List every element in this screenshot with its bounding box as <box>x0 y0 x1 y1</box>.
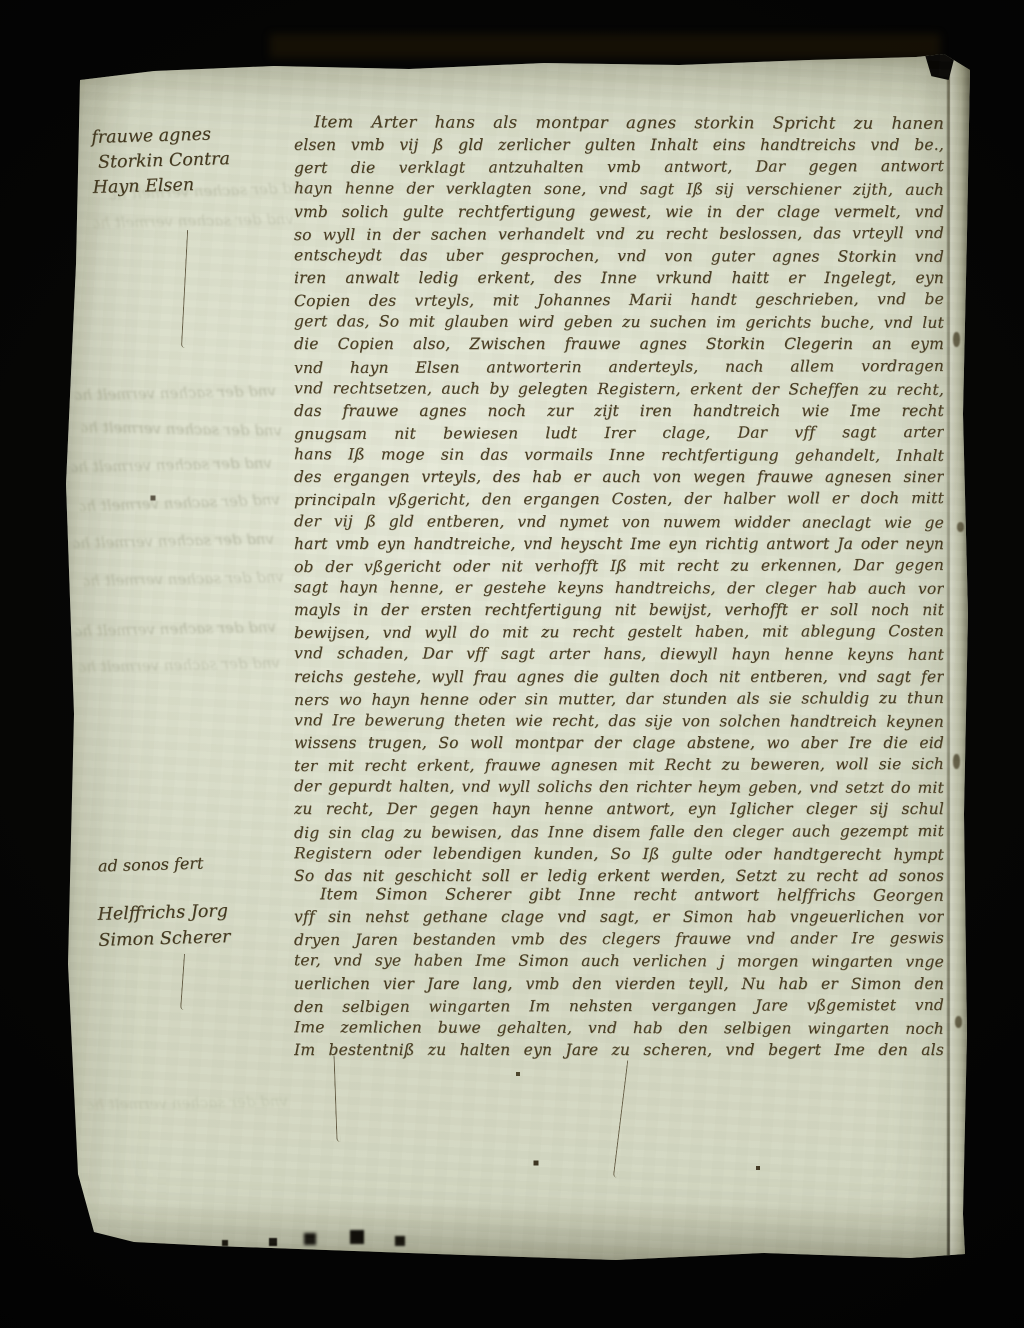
manuscript-line: ners wo hayn henne oder sin mutter, dar … <box>294 687 944 711</box>
manuscript-line: den selbigen wingarten Im nehsten vergan… <box>294 994 944 1018</box>
show-through-text: vnd der sachen vermelt haben zu recht er… <box>82 418 282 439</box>
manuscript-line: vnd Ire bewerung theten wie recht, das s… <box>294 709 944 733</box>
show-through-text: vnd der sachen vermelt haben zu recht er… <box>76 382 276 404</box>
manuscript-line: vnd schaden, Dar vff sagt arter hans, di… <box>294 643 944 667</box>
manuscript-line: uerlichen vier Jare lang, vmb den vierde… <box>294 973 944 995</box>
manuscript-line: zu recht, Der gegen hayn henne antwort, … <box>294 798 944 820</box>
fore-edge-ink-mark <box>957 522 964 532</box>
manuscript-line: hart vmb eyn handtreiche, vnd heyscht Im… <box>294 533 944 555</box>
manuscript-line: entscheydt das uber gesprochen, vnd von … <box>294 244 944 268</box>
manuscript-line: vnd rechtsetzen, auch by gelegten Regist… <box>294 377 944 401</box>
margin-note-annotation: ad sonos fert <box>98 851 204 879</box>
fore-edge-ink-mark <box>955 1016 962 1028</box>
manuscript-line: das frauwe agnes noch zur zijt iren hand… <box>294 400 944 422</box>
show-through-text: vnd der sachen vermelt haben zu recht er… <box>84 568 284 590</box>
manuscript-line: der vij ß gld entberen, vnd nymet von nu… <box>294 510 944 534</box>
manuscript-line: mayls in der ersten rechtfertigung nit b… <box>294 599 944 621</box>
margin-note-line: Simon Scherer <box>98 924 231 954</box>
margin-note-line: Helffrichs Jorg <box>97 898 230 928</box>
flourish-stroke <box>181 230 191 348</box>
manuscript-line: ob der vßgericht oder nit verhofft Iß mi… <box>294 554 944 578</box>
show-through-text: vnd der sachen vermelt haben zu recht er… <box>88 1092 288 1114</box>
manuscript-line: ter, vnd sye haben Ime Simon auch verlic… <box>294 950 944 974</box>
show-through-text: vnd der sachen vermelt haben zu recht er… <box>80 491 281 516</box>
entry-agnes-storkin-vs-hayn-elsen: Item Arter hans als montpar agnes storki… <box>294 112 944 887</box>
ink-specks <box>64 54 66 56</box>
manuscript-line: sagt hayn henne, er gestehe keyns handtr… <box>294 576 944 600</box>
entry-simon-scherer-vs-helffrichs-jorg: Item Simon Scherer gibt Inne recht antwo… <box>294 884 944 1061</box>
flourish-stroke <box>613 1060 631 1178</box>
manuscript-line: hayn henne der verklagten sone, vnd sagt… <box>294 178 944 202</box>
manuscript-line: vff sin nehst gethane clage vnd sagt, er… <box>294 906 944 928</box>
manuscript-line: gert die verklagt antzuhalten vmb antwor… <box>294 155 944 179</box>
manuscript-line: so wyll in der sachen verhandelt vnd zu … <box>294 222 944 246</box>
manuscript-line: Item Simon Scherer gibt Inne recht antwo… <box>294 883 944 907</box>
manuscript-line: des ergangen vrteyls, des hab er auch vo… <box>294 466 944 488</box>
manuscript-line: ter mit recht erkent, frauwe agnesen mit… <box>294 753 944 777</box>
show-through-text: vnd der sachen vermelt haben zu recht er… <box>72 454 272 476</box>
flourish-stroke <box>180 954 188 1010</box>
manuscript-line: principaln vßgericht, den ergangen Coste… <box>294 487 944 511</box>
manuscript-line: bewijsen, vnd wyll do mit zu recht geste… <box>294 620 944 644</box>
margin-note-line: Hayn Elsen <box>92 172 231 201</box>
show-through-text: vnd der sachen vermelt haben zu recht er… <box>74 530 274 552</box>
manuscript-line: hans Iß moge sin das vormails Inne recht… <box>294 443 944 467</box>
manuscript-line: wissens trugen, So woll montpar der clag… <box>294 732 944 754</box>
show-through-text: vnd der sachen vermelt haben zu recht er… <box>94 210 294 232</box>
manuscript-line: dryen Jaren bestanden vmb des clegers fr… <box>294 927 944 951</box>
margin-note-line: ad sonos fert <box>98 851 204 879</box>
fore-edge-ink-mark <box>953 332 960 347</box>
manuscript-line: Item Arter hans als montpar agnes storki… <box>294 111 944 135</box>
manuscript-line: dig sin clag zu bewisen, das Inne disem … <box>294 819 944 843</box>
fore-edge-ink-mark <box>953 754 960 769</box>
show-through-text: vnd der sachen vermelt haben zu recht er… <box>80 654 280 676</box>
manuscript-line: der gepurdt halten, vnd wyll solichs den… <box>294 775 944 799</box>
manuscript-line: reichs gestehe, wyll frau agnes die gult… <box>294 666 944 688</box>
fore-edge-strip <box>950 54 970 1262</box>
margin-note-case-heading: frauwe agnesStorkin ContraHayn Elsen <box>91 122 231 201</box>
manuscript-line: gnugsam nit bewiesen ludt Irer clage, Da… <box>294 421 944 445</box>
photo-background: vnd der sachen vermelt haben zu recht er… <box>0 0 1024 1328</box>
manuscript-line: Ime zemlichen buwe gehalten, vnd hab den… <box>294 1016 944 1040</box>
manuscript-line: elsen vmb vij ß gld zerlicher gulten Inh… <box>294 134 944 156</box>
show-through-text: vnd der sachen vermelt haben zu recht er… <box>76 618 276 640</box>
manuscript-line: vnd hayn Elsen antworterin anderteyls, n… <box>294 355 944 379</box>
manuscript-line: gert das, So mit glauben wird geben zu s… <box>294 310 944 334</box>
manuscript-line: iren anwalt ledig erkent, des Inne vrkun… <box>294 267 944 289</box>
manuscript-line: Im bestentniß zu halten eyn Jare zu sche… <box>294 1039 944 1061</box>
margin-note-line: Storkin Contra <box>92 147 231 176</box>
margin-note-parties: Helffrichs JorgSimon Scherer <box>97 898 230 954</box>
flourish-stroke <box>334 1056 341 1142</box>
manuscript-line: vmb solich gulte rechtfertigung gewest, … <box>294 201 944 223</box>
margin-note-line: frauwe agnes <box>91 122 230 151</box>
binding-shadow <box>270 34 940 58</box>
manuscript-page: vnd der sachen vermelt haben zu recht er… <box>64 54 970 1262</box>
manuscript-line: Copien des vrteyls, mit Johannes Marii h… <box>294 288 944 312</box>
manuscript-line: Registern oder lebendigen kunden, So Iß … <box>294 842 944 866</box>
manuscript-line: die Copien also, Zwischen frauwe agnes S… <box>294 333 944 355</box>
